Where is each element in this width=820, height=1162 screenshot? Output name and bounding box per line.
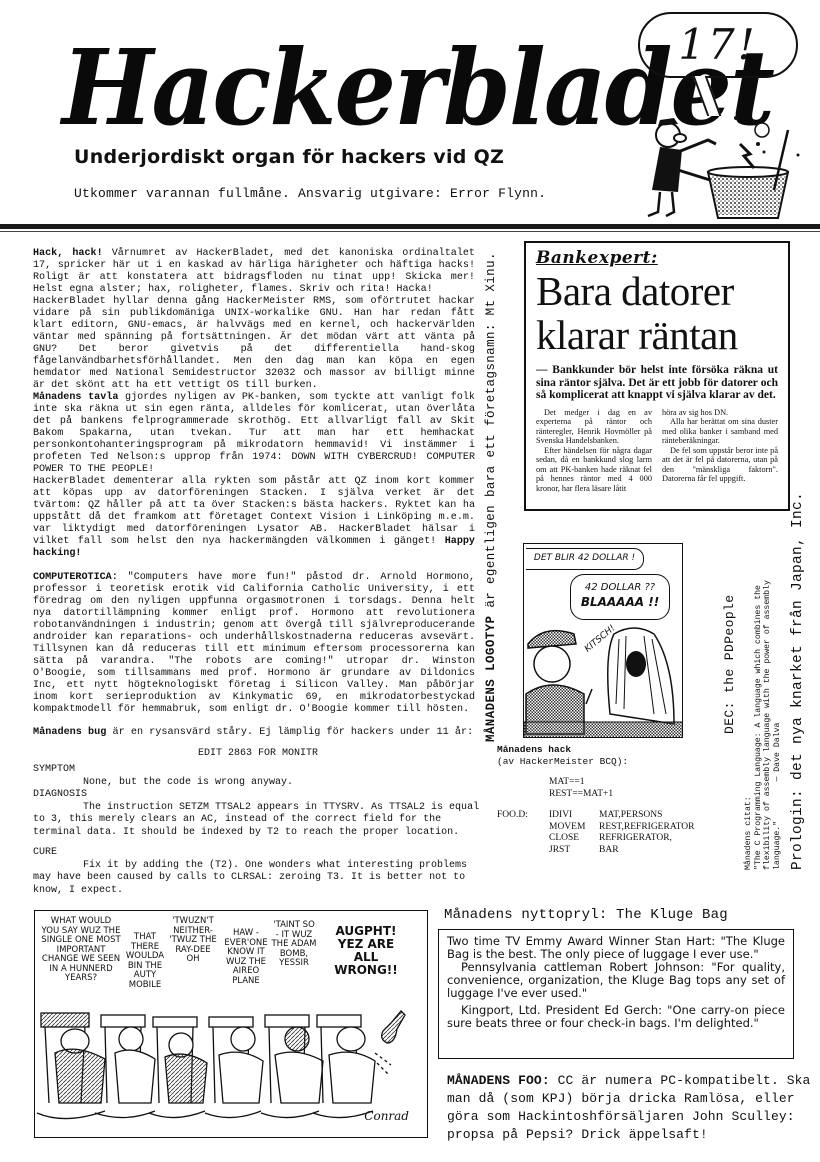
clipping-paragraph: höra av sig hos DN.	[662, 408, 778, 418]
cure-label: CURE	[33, 847, 483, 860]
clipping-paragraph: Efter händelsen för några dagar sedan, d…	[536, 446, 652, 494]
rocking-chair-cartoon: WHAT WOULD YOU SAY WUZ THE SINGLE ONE MO…	[34, 910, 428, 1138]
clipping-paragraph: Alla har berättat om sina duster med oli…	[662, 417, 778, 446]
symptom-label: SYMPTOM	[33, 764, 483, 777]
hack-title: Månadens hack	[497, 744, 707, 756]
cartoonist-signature: Conrad	[364, 1109, 409, 1123]
clipping-headline-2: klarar räntan	[536, 314, 778, 356]
code-label	[497, 845, 549, 857]
masthead-info: Utkommer varannan fullmåne. Ansvarig utg…	[74, 186, 546, 201]
hack-of-the-month: Månadens hack (av HackerMeister BCQ): MA…	[497, 744, 707, 856]
editorial-lead: Hack, hack!	[33, 248, 103, 259]
code-op: JRST	[549, 845, 599, 857]
symptom-text: None, but the code is wrong anyway.	[33, 777, 483, 790]
logotype-vertical-text: MÅNADENS LOGOTYP är egentligen bara ett …	[484, 242, 504, 742]
code-arg: REST,REFRIGERATOR	[599, 822, 694, 834]
bug-intro: Månadens bug är en rysansvärd ståry. Ej …	[33, 727, 483, 740]
testimonial-3: Kingport, Ltd. President Ed Gerch: "One …	[447, 1004, 785, 1030]
stacken-text: HackerBladet dementerar alla rykten som …	[33, 476, 475, 547]
quote-of-the-month: Månadens citat: "The C Programming Langu…	[744, 530, 784, 870]
header-rule-thin	[0, 231, 820, 232]
logotype-lead: MÅNADENS LOGOTYP	[484, 616, 498, 742]
code-label	[497, 833, 549, 845]
cartoon-caption-1: WHAT WOULD YOU SAY WUZ THE SINGLE ONE MO…	[41, 917, 121, 984]
computerotica-text: "Computers have more fun!" påstod dr. Ar…	[33, 572, 475, 715]
clipping-column-1: Det medger i dag en av experterna på rän…	[536, 408, 652, 494]
computerotica-paragraph: COMPUTEROTICA: "Computers have more fun!…	[33, 572, 475, 716]
code-arg: MAT,PERSONS	[599, 810, 662, 822]
bug-lead: Månadens bug	[33, 727, 106, 738]
speech-bubble-1: DET BLIR 42 DOLLAR !	[526, 548, 644, 570]
hacker-cauldron-illustration-icon	[638, 110, 808, 220]
code-op: MOVEM	[549, 822, 599, 834]
code-op: REST==MAT+1	[549, 789, 613, 801]
code-op: IDIVI	[549, 810, 599, 822]
code-row: FOO.D:IDIVIMAT,PERSONS	[497, 810, 707, 822]
cure-text: Fix it by adding the (T2). One wonders w…	[33, 860, 483, 898]
tavla-lead: Månadens tavla	[33, 392, 118, 403]
code-row: JRSTBAR	[497, 845, 707, 857]
prologin-vertical-text: Prologin: det nya knarket från Japan, In…	[790, 470, 810, 870]
code-label: FOO.D:	[497, 810, 549, 822]
kluge-bag-testimonials: Two time TV Emmy Award Winner Stan Hart:…	[438, 929, 794, 1059]
testimonial-2: Pennsylvania cattleman Robert Johnson: "…	[447, 961, 785, 1000]
masthead-subtitle: Underjordiskt organ för hackers vid QZ	[74, 146, 504, 168]
code-op: CLOSE	[549, 833, 599, 845]
dollar-comic-panel: DET BLIR 42 DOLLAR ! 42 DOLLAR ?? BLAAAA…	[523, 543, 683, 738]
clipping-lead: — Bankkunder bör helst inte försöka räkn…	[536, 364, 778, 402]
bug-edit-title: EDIT 2863 FOR MONITR	[33, 748, 483, 761]
cartoon-caption-6: AUGPHT! YEZ ARE ALL WRONG!!	[331, 925, 401, 977]
code-label	[497, 789, 549, 801]
editorial-paragraph-1: Hack, hack! Vårnumret av HackerBladet, m…	[33, 248, 475, 296]
cartoon-caption-5: 'TAINT SO - IT WUZ THE ADAM BOMB, YESSIR	[271, 921, 317, 969]
code-arg: BAR	[599, 845, 619, 857]
code-row: CLOSEREFRIGERATOR,	[497, 833, 707, 845]
bug-of-the-month: Månadens bug är en rysansvärd ståry. Ej …	[33, 727, 483, 897]
code-op: MAT==1	[549, 777, 585, 789]
tavla-text: gjordes nyligen av PK-banken, som tyckte…	[33, 392, 475, 475]
computerotica-lead: COMPUTEROTICA:	[33, 572, 118, 583]
clipping-body: Det medger i dag en av experterna på rän…	[536, 408, 778, 494]
code-row: MOVEMREST,REFRIGERATOR	[497, 822, 707, 834]
diagnosis-label: DIAGNOSIS	[33, 789, 483, 802]
diagnosis-text: The instruction SETZM TTSAL2 appears in …	[33, 802, 483, 840]
code-row: MAT==1	[497, 777, 707, 789]
cartoon-caption-4: HAW - EVER'ONE KNOW IT WUZ THE AIREO PLA…	[223, 929, 269, 986]
header-rule	[0, 224, 820, 229]
hack-subtitle: (av HackerMeister BCQ):	[497, 756, 707, 768]
masthead-title: Hackerbladet	[62, 28, 564, 148]
testimonial-1: Two time TV Emmy Award Winner Stan Hart:…	[447, 935, 785, 961]
issue-number-bubble: 17!	[638, 12, 798, 78]
editorial-paragraph-4: HackerBladet dementerar alla rykten som …	[33, 476, 475, 560]
hack-code-block: MAT==1 REST==MAT+1 FOO.D:IDIVIMAT,PERSON…	[497, 777, 707, 856]
cartoon-caption-3: 'TWUZN'T NEITHER- 'TWUZ THE RAY-DEE OH	[169, 917, 217, 965]
bug-intro-text: är en rysansvärd ståry. Ej lämplig för h…	[106, 727, 473, 738]
clipping-headline-1: Bara datorer	[536, 270, 778, 312]
foo-of-the-month: MÅNADENS FOO: CC är numera PC-kompatibel…	[447, 1072, 817, 1144]
editorial-paragraph-2: HackerBladet hyllar denna gång HackerMei…	[33, 296, 475, 392]
editorial-paragraph-3: Månadens tavla gjordes nyligen av PK-ban…	[33, 392, 475, 476]
bubble-2-line-2: BLAAAAA !!	[571, 595, 669, 609]
editorial-column: Hack, hack! Vårnumret av HackerBladet, m…	[33, 248, 475, 716]
code-label	[497, 822, 549, 834]
comic-characters-icon	[524, 614, 683, 738]
bubble-2-line-1: 42 DOLLAR ??	[571, 581, 669, 595]
code-label	[497, 777, 549, 789]
clipping-paragraph: De fel som uppstår beror inte på att det…	[662, 446, 778, 484]
clipping-paragraph: Det medger i dag en av experterna på rän…	[536, 408, 652, 446]
foo-lead: MÅNADENS FOO:	[447, 1073, 550, 1088]
dec-vertical-text: DEC: the PDPeople	[722, 534, 740, 734]
code-arg: REFRIGERATOR,	[599, 833, 672, 845]
code-row: REST==MAT+1	[497, 789, 707, 801]
cartoon-caption-2: THAT THERE WOULDA BIN THE AUTY MOBILE	[123, 933, 167, 990]
kluge-bag-title: Månadens nyttopryl: The Kluge Bag	[444, 907, 728, 923]
clipping-kicker: Bankexpert:	[536, 248, 778, 268]
clipping-column-2: höra av sig hos DN. Alla har berättat om…	[662, 408, 778, 494]
bank-expert-clipping: Bankexpert: Bara datorer klarar räntan —…	[524, 241, 790, 511]
logotype-text: är egentligen bara ett företagsnamn: Mt …	[484, 252, 498, 615]
